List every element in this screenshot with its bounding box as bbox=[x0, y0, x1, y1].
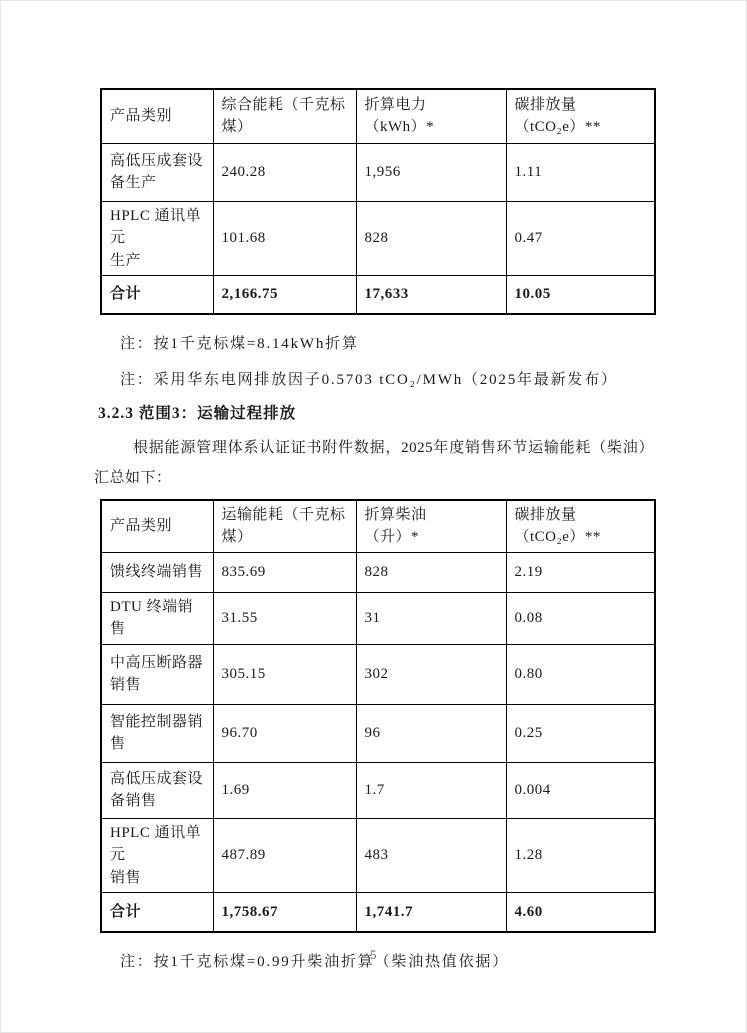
cell-converted: 1,956 bbox=[356, 143, 506, 201]
cell-energy: 305.15 bbox=[213, 644, 356, 704]
column-header-emission: 碳排放量 （tCO₂e）** bbox=[506, 89, 655, 143]
cell-converted: 483 bbox=[356, 818, 506, 893]
cell-energy: 487.89 bbox=[213, 818, 356, 893]
cell-emission: 2.19 bbox=[506, 552, 655, 592]
cell-energy: 101.68 bbox=[213, 201, 356, 276]
cell-product: 中高压断路器 销售 bbox=[101, 644, 213, 704]
cell-converted: 828 bbox=[356, 201, 506, 276]
table-header-row: 产品类别 运输能耗（千克标 煤） 折算柴油 （升）* 碳排放量 （tCO₂e）*… bbox=[101, 500, 655, 553]
table-row: 中高压断路器 销售 305.15 302 0.80 bbox=[101, 644, 655, 704]
cell-converted: 31 bbox=[356, 592, 506, 644]
cell-energy: 1.69 bbox=[213, 762, 356, 818]
column-header-energy: 综合能耗（千克标 煤） bbox=[213, 89, 356, 143]
cell-total-emission: 10.05 bbox=[506, 276, 655, 314]
cell-emission: 0.80 bbox=[506, 644, 655, 704]
table-row: 智能控制器销 售 96.70 96 0.25 bbox=[101, 704, 655, 762]
cell-total-emission: 4.60 bbox=[506, 893, 655, 932]
cell-total-converted: 17,633 bbox=[356, 276, 506, 314]
cell-converted: 1.7 bbox=[356, 762, 506, 818]
cell-total-energy: 1,758.67 bbox=[213, 893, 356, 932]
document-body: 产品类别 综合能耗（千克标 煤） 折算电力 （kWh）* 碳排放量 （tCO₂e… bbox=[100, 88, 654, 973]
table-row: HPLC 通讯单元 生产 101.68 828 0.47 bbox=[101, 201, 655, 276]
cell-product: DTU 终端销售 bbox=[101, 592, 213, 644]
cell-total-energy: 2,166.75 bbox=[213, 276, 356, 314]
section-paragraph: 根据能源管理体系认证证书附件数据，2025年度销售环节运输能耗（柴油）汇总如下： bbox=[94, 433, 654, 493]
table-row: 高低压成套设 备销售 1.69 1.7 0.004 bbox=[101, 762, 655, 818]
cell-product: HPLC 通讯单元 销售 bbox=[101, 818, 213, 893]
cell-energy: 835.69 bbox=[213, 552, 356, 592]
cell-product: 高低压成套设 备销售 bbox=[101, 762, 213, 818]
cell-total-converted: 1,741.7 bbox=[356, 893, 506, 932]
cell-total-label: 合计 bbox=[101, 276, 213, 314]
cell-emission: 0.004 bbox=[506, 762, 655, 818]
table-row: 高低压成套设 备生产 240.28 1,956 1.11 bbox=[101, 143, 655, 201]
cell-emission: 0.08 bbox=[506, 592, 655, 644]
table1-note-emission-factor: 注：采用华东电网排放因子0.5703 tCO₂/MWh（2025年最新发布） bbox=[120, 369, 654, 391]
table-total-row: 合计 2,166.75 17,633 10.05 bbox=[101, 276, 655, 314]
column-header-converted-diesel: 折算柴油 （升）* bbox=[356, 500, 506, 553]
cell-emission: 0.25 bbox=[506, 704, 655, 762]
column-header-product-category: 产品类别 bbox=[101, 89, 213, 143]
page-number: 5 bbox=[0, 948, 747, 963]
column-header-emission: 碳排放量 （tCO₂e）** bbox=[506, 500, 655, 553]
column-header-product-category: 产品类别 bbox=[101, 500, 213, 553]
table-header-row: 产品类别 综合能耗（千克标 煤） 折算电力 （kWh）* 碳排放量 （tCO₂e… bbox=[101, 89, 655, 143]
section-heading: 3.2.3 范围3：运输过程排放 bbox=[98, 403, 654, 425]
cell-converted: 96 bbox=[356, 704, 506, 762]
cell-energy: 240.28 bbox=[213, 143, 356, 201]
table-row: HPLC 通讯单元 销售 487.89 483 1.28 bbox=[101, 818, 655, 893]
cell-emission: 1.11 bbox=[506, 143, 655, 201]
cell-product: HPLC 通讯单元 生产 bbox=[101, 201, 213, 276]
cell-energy: 31.55 bbox=[213, 592, 356, 644]
table-row: DTU 终端销售 31.55 31 0.08 bbox=[101, 592, 655, 644]
transport-energy-emission-table: 产品类别 运输能耗（千克标 煤） 折算柴油 （升）* 碳排放量 （tCO₂e）*… bbox=[100, 499, 656, 933]
column-header-transport-energy: 运输能耗（千克标 煤） bbox=[213, 500, 356, 553]
table-row: 馈线终端销售 835.69 828 2.19 bbox=[101, 552, 655, 592]
cell-total-label: 合计 bbox=[101, 893, 213, 932]
column-header-converted-power: 折算电力 （kWh）* bbox=[356, 89, 506, 143]
document-page: 产品类别 综合能耗（千克标 煤） 折算电力 （kWh）* 碳排放量 （tCO₂e… bbox=[0, 0, 747, 1033]
cell-converted: 302 bbox=[356, 644, 506, 704]
cell-product: 馈线终端销售 bbox=[101, 552, 213, 592]
table-total-row: 合计 1,758.67 1,741.7 4.60 bbox=[101, 893, 655, 932]
cell-energy: 96.70 bbox=[213, 704, 356, 762]
cell-emission: 0.47 bbox=[506, 201, 655, 276]
cell-product: 智能控制器销 售 bbox=[101, 704, 213, 762]
cell-emission: 1.28 bbox=[506, 818, 655, 893]
cell-product: 高低压成套设 备生产 bbox=[101, 143, 213, 201]
cell-converted: 828 bbox=[356, 552, 506, 592]
table1-note-conversion: 注：按1千克标煤=8.14kWh折算 bbox=[120, 333, 654, 355]
production-energy-emission-table: 产品类别 综合能耗（千克标 煤） 折算电力 （kWh）* 碳排放量 （tCO₂e… bbox=[100, 88, 656, 315]
